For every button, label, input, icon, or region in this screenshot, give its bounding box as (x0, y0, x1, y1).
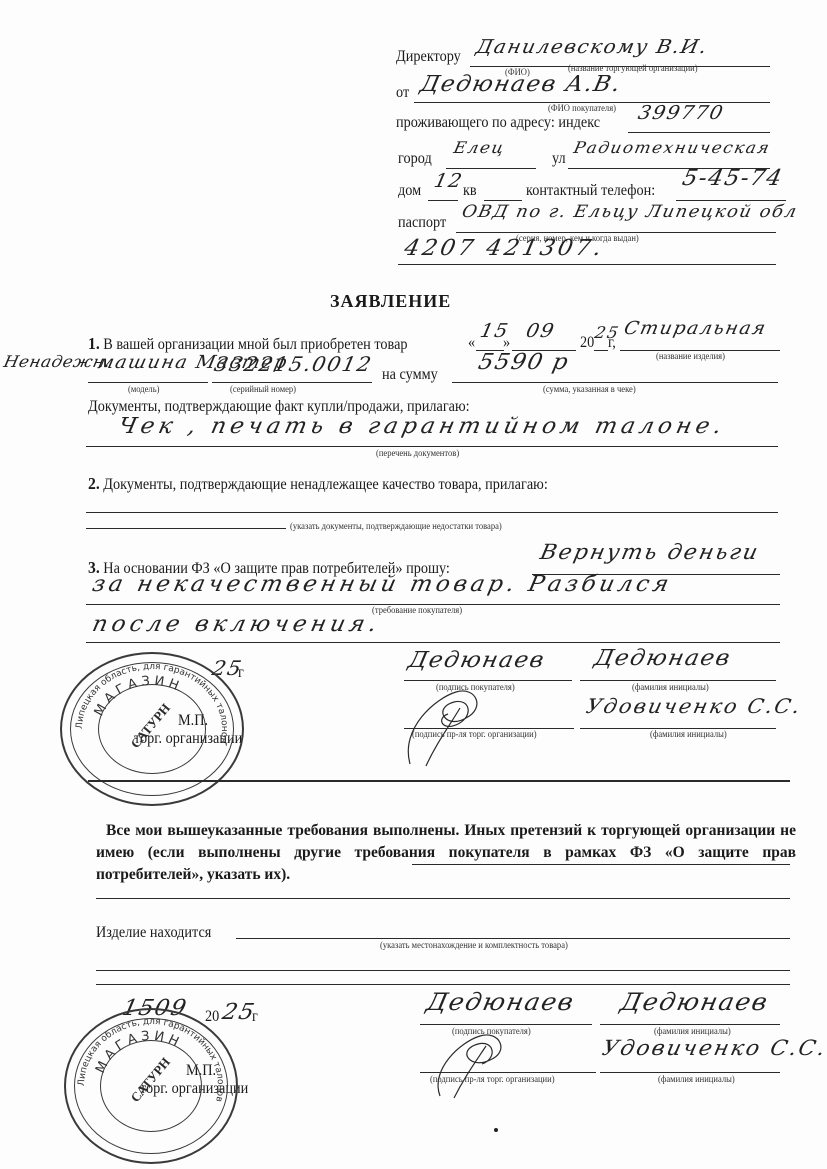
apt-label: кв (463, 182, 477, 200)
from-caption: (ФИО покупателя) (548, 104, 616, 114)
section-3-value-line3[interactable]: после включения. (90, 612, 383, 637)
sum-caption: (сумма, указанная в чеке) (543, 385, 636, 395)
location-caption: (указать местонахождение и комплектность… (380, 941, 568, 951)
address-label: проживающего по адресу: индекс (396, 114, 600, 132)
sig1-buyer-signature[interactable]: Дедюнаев (406, 648, 547, 673)
section-3-caption: (требование покупателя) (372, 606, 462, 616)
sig1-seller-name-caption: (фамилия инициалы) (650, 730, 727, 740)
to-label: Директору (396, 48, 461, 66)
section-3-value-line1[interactable]: Вернуть деньги (538, 540, 762, 564)
quote-open: « (468, 334, 475, 352)
year-prefix: 20 (580, 334, 594, 352)
sum-value[interactable]: 5590 р (476, 350, 572, 375)
house-label: дом (398, 182, 421, 200)
street-label: ул (552, 150, 566, 168)
docs-caption: (перечень документов) (376, 449, 459, 459)
serial-value[interactable]: 332215.0012 (212, 352, 375, 376)
index-value[interactable]: 399770 (636, 102, 726, 124)
section-2-text: Документы, подтверждающие ненадлежащее к… (103, 476, 548, 493)
section-1-text: В вашей организации мной был приобретен … (103, 336, 407, 353)
passport-value-line1[interactable]: ОВД по г. Ельцу Липецкой обл (460, 202, 800, 222)
phone-label: контактный телефон: (526, 182, 655, 200)
to-value[interactable]: Данилевскому В.И. (474, 36, 710, 58)
sig1-buyer-name-caption: (фамилия инициалы) (632, 683, 709, 693)
product-caption: (название изделия) (656, 352, 725, 362)
page-title: ЗАЯВЛЕНИЕ (330, 291, 451, 312)
city-label: город (398, 150, 432, 168)
sig2-buyer-name[interactable]: Дедюнаев (618, 988, 771, 1016)
street-value[interactable]: Радиотехническая (572, 138, 772, 157)
stamp-2: САТУРН Липецкая область, для гарантийных… (64, 1008, 238, 1164)
sig2-year-unit: г (252, 1008, 258, 1026)
purchase-month[interactable]: 09 (524, 320, 557, 342)
section-2-number: 2. (88, 474, 100, 493)
serial-caption: (серийный номер) (230, 385, 296, 395)
model-caption: (модель) (128, 385, 159, 395)
sum-label: на сумму (382, 366, 438, 384)
sig2-seller-name-caption: (фамилия инициалы) (658, 1075, 735, 1085)
location-label: Изделие находится (96, 924, 211, 942)
from-label: от (396, 84, 409, 102)
phone-value[interactable]: 5-45-74 (680, 166, 785, 191)
scan-dot (494, 1128, 498, 1132)
city-value[interactable]: Елец (452, 138, 507, 157)
section-2-caption: (указать документы, подтверждающие недос… (290, 522, 502, 532)
passport-label: паспорт (398, 214, 446, 232)
stamp-1: САТУРН Липецкая область, для гарантийных… (60, 652, 244, 806)
from-value[interactable]: Дедюнаев А.В. (418, 72, 624, 97)
product-name[interactable]: Стиральная (622, 318, 769, 339)
resolution-text: Все мои вышеуказанные требования выполне… (96, 820, 796, 886)
sig1-seller-caption: (подпись пр-ля торг. организации) (412, 730, 537, 740)
stamp-2-ring-text: Липецкая область, для гарантийных талоно… (66, 1010, 236, 1162)
sig2-buyer-signature[interactable]: Дедюнаев (424, 988, 577, 1016)
sig2-seller-name[interactable]: Удовиченко С.С. (600, 1036, 827, 1060)
passport-value-line2[interactable]: 4207 421307. (402, 236, 607, 261)
docs-value[interactable]: Чек , печать в гарантийном талоне. (116, 414, 728, 439)
sig2-seller-signature (420, 1030, 530, 1100)
section-3-value-line2[interactable]: за некачественный товар. Разбился (90, 572, 675, 597)
sig1-seller-name[interactable]: Удовиченко С.С. (584, 694, 804, 718)
section-1-number: 1. (88, 334, 100, 353)
sig1-buyer-name[interactable]: Дедюнаев (592, 646, 733, 671)
year-unit: г, (608, 334, 616, 352)
sig2-seller-caption: (подпись пр-ля торг. организации) (430, 1075, 555, 1085)
house-value[interactable]: 12 (432, 170, 465, 192)
